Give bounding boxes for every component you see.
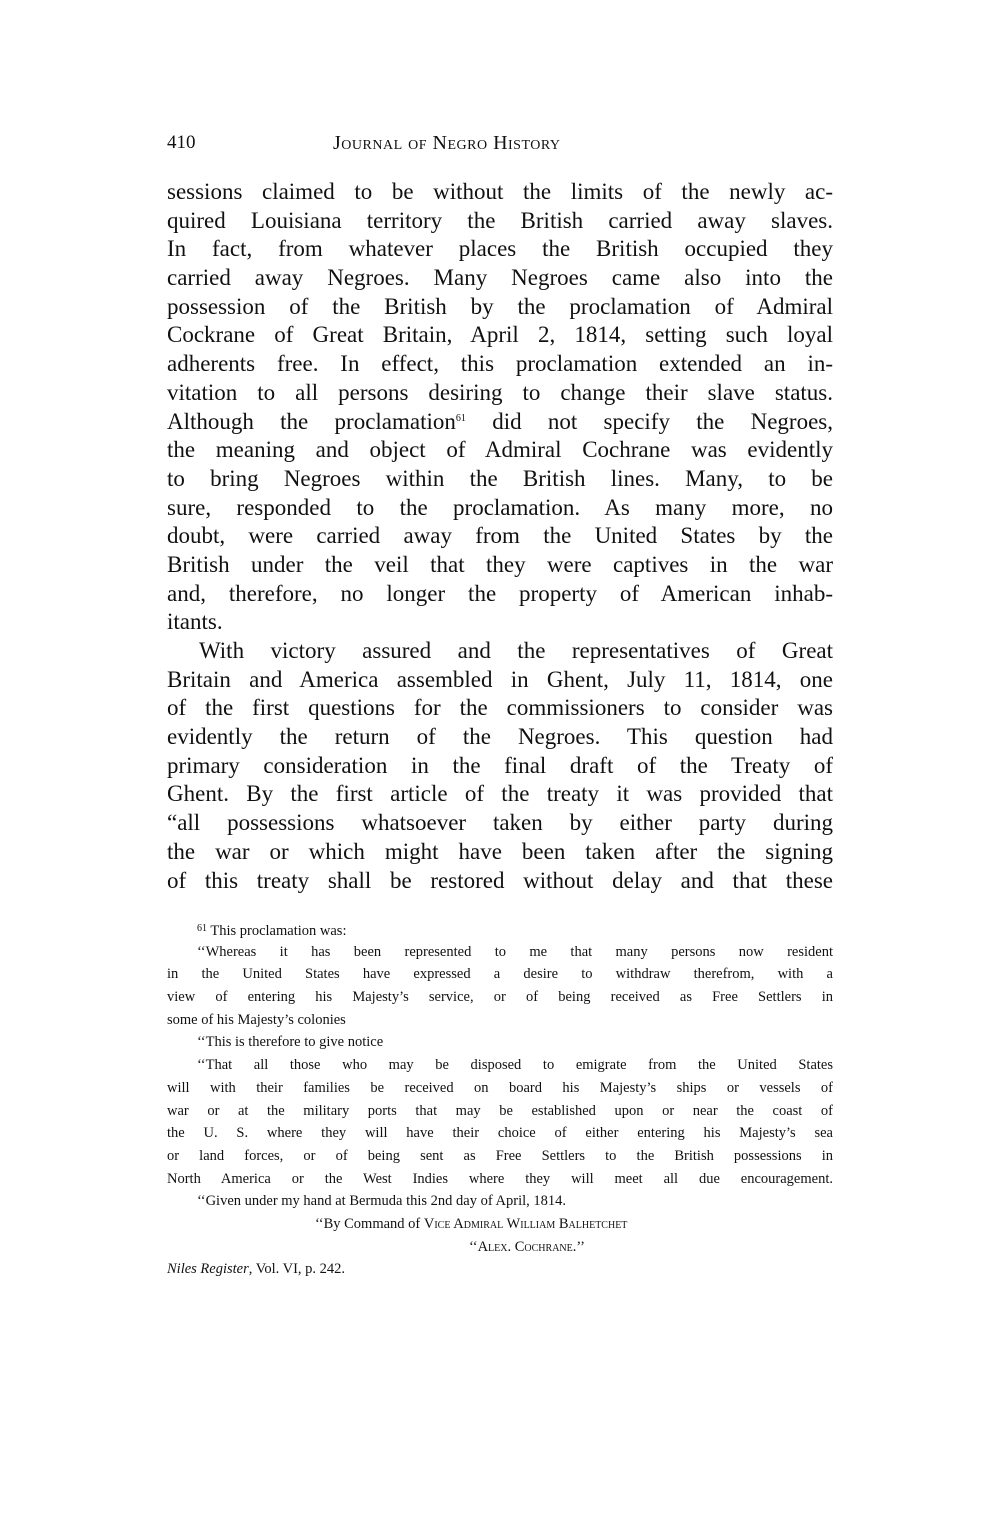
text-line: the meaning and object of Admiral Cochra… [167,436,833,465]
text-line: the war or which might have been taken a… [167,838,833,867]
page-number: 410 [167,132,196,154]
text-line: In fact, from whatever places the Britis… [167,235,833,264]
footnote-line: North America or the West Indies where t… [167,1168,833,1191]
text-line: carried away Negroes. Many Negroes came … [167,264,833,293]
footnote-line: ‘‘This is therefore to give notice [167,1031,833,1054]
footnote-line: ‘‘Given under my hand at Bermuda this 2n… [167,1190,833,1213]
footnote-intro: 61 This proclamation was: [167,918,833,941]
text-line: primary consideration in the final draft… [167,752,833,781]
text-fragment: Although the proclamation [167,409,456,434]
source-details: , Vol. VI, p. 242. [249,1261,345,1277]
document-page: 410 Journal of Negro History sessions cl… [167,128,833,158]
text-line: “all possessions whatsoever taken by eit… [167,809,833,838]
footnote-reference[interactable]: 61 [456,413,466,424]
signature-command: ‘‘By Command of Vice Admiral William Bal… [167,1213,833,1236]
footnote-line: ‘‘Whereas it has been represented to me … [167,941,833,964]
text-line: to bring Negroes within the British line… [167,465,833,494]
text-line: Although the proclamation61 did not spec… [167,408,833,437]
signature-prefix: ‘‘By Command of [315,1216,424,1232]
signature-name: Vice Admiral William Balhetchet [424,1216,628,1232]
journal-title: Journal of Negro History [333,132,561,155]
text-line: possession of the British by the proclam… [167,293,833,322]
footnote-line: ‘‘That all those who may be disposed to … [167,1054,833,1077]
footnote-number: 61 [197,923,207,934]
footnote-line: view of entering his Majesty’s service, … [167,986,833,1009]
text-line: doubt, were carried away from the United… [167,522,833,551]
source-citation: Niles Register, Vol. VI, p. 242. [167,1258,833,1281]
running-header: 410 Journal of Negro History [167,128,833,158]
text-line: Ghent. By the first article of the treat… [167,780,833,809]
footnote: 61 This proclamation was: ‘‘Whereas it h… [167,918,833,1281]
signer-name: ‘‘Alex. Cochrane.’’ [167,1236,833,1259]
text-line: quired Louisiana territory the British c… [167,207,833,236]
footnote-line: war or at the military ports that may be… [167,1100,833,1123]
text-line: of the first questions for the commissio… [167,694,833,723]
text-fragment: did not specify the Negroes, [466,409,833,434]
text-line: itants. [167,608,833,637]
footnote-line: or land forces, or of being sent as Free… [167,1145,833,1168]
text-line: With victory assured and the representat… [167,637,833,666]
text-line: sure, responded to the proclamation. As … [167,494,833,523]
source-title: Niles Register [167,1261,249,1277]
text-line: and, therefore, no longer the property o… [167,580,833,609]
text-line: sessions claimed to be without the limit… [167,178,833,207]
footnote-line: some of his Majesty’s colonies [167,1009,833,1032]
text-line: Cockrane of Great Britain, April 2, 1814… [167,321,833,350]
footnote-intro-text: This proclamation was: [207,923,346,939]
footnote-line: the U. S. where they will have their cho… [167,1122,833,1145]
text-line: evidently the return of the Negroes. Thi… [167,723,833,752]
text-line: of this treaty shall be restored without… [167,867,833,896]
footnote-line: in the United States have expressed a de… [167,963,833,986]
text-line: British under the veil that they were ca… [167,551,833,580]
text-line: adherents free. In effect, this proclama… [167,350,833,379]
text-line: vitation to all persons desiring to chan… [167,379,833,408]
footnote-line: will with their families be received on … [167,1077,833,1100]
body-text: sessions claimed to be without the limit… [167,178,833,895]
text-line: Britain and America assembled in Ghent, … [167,666,833,695]
